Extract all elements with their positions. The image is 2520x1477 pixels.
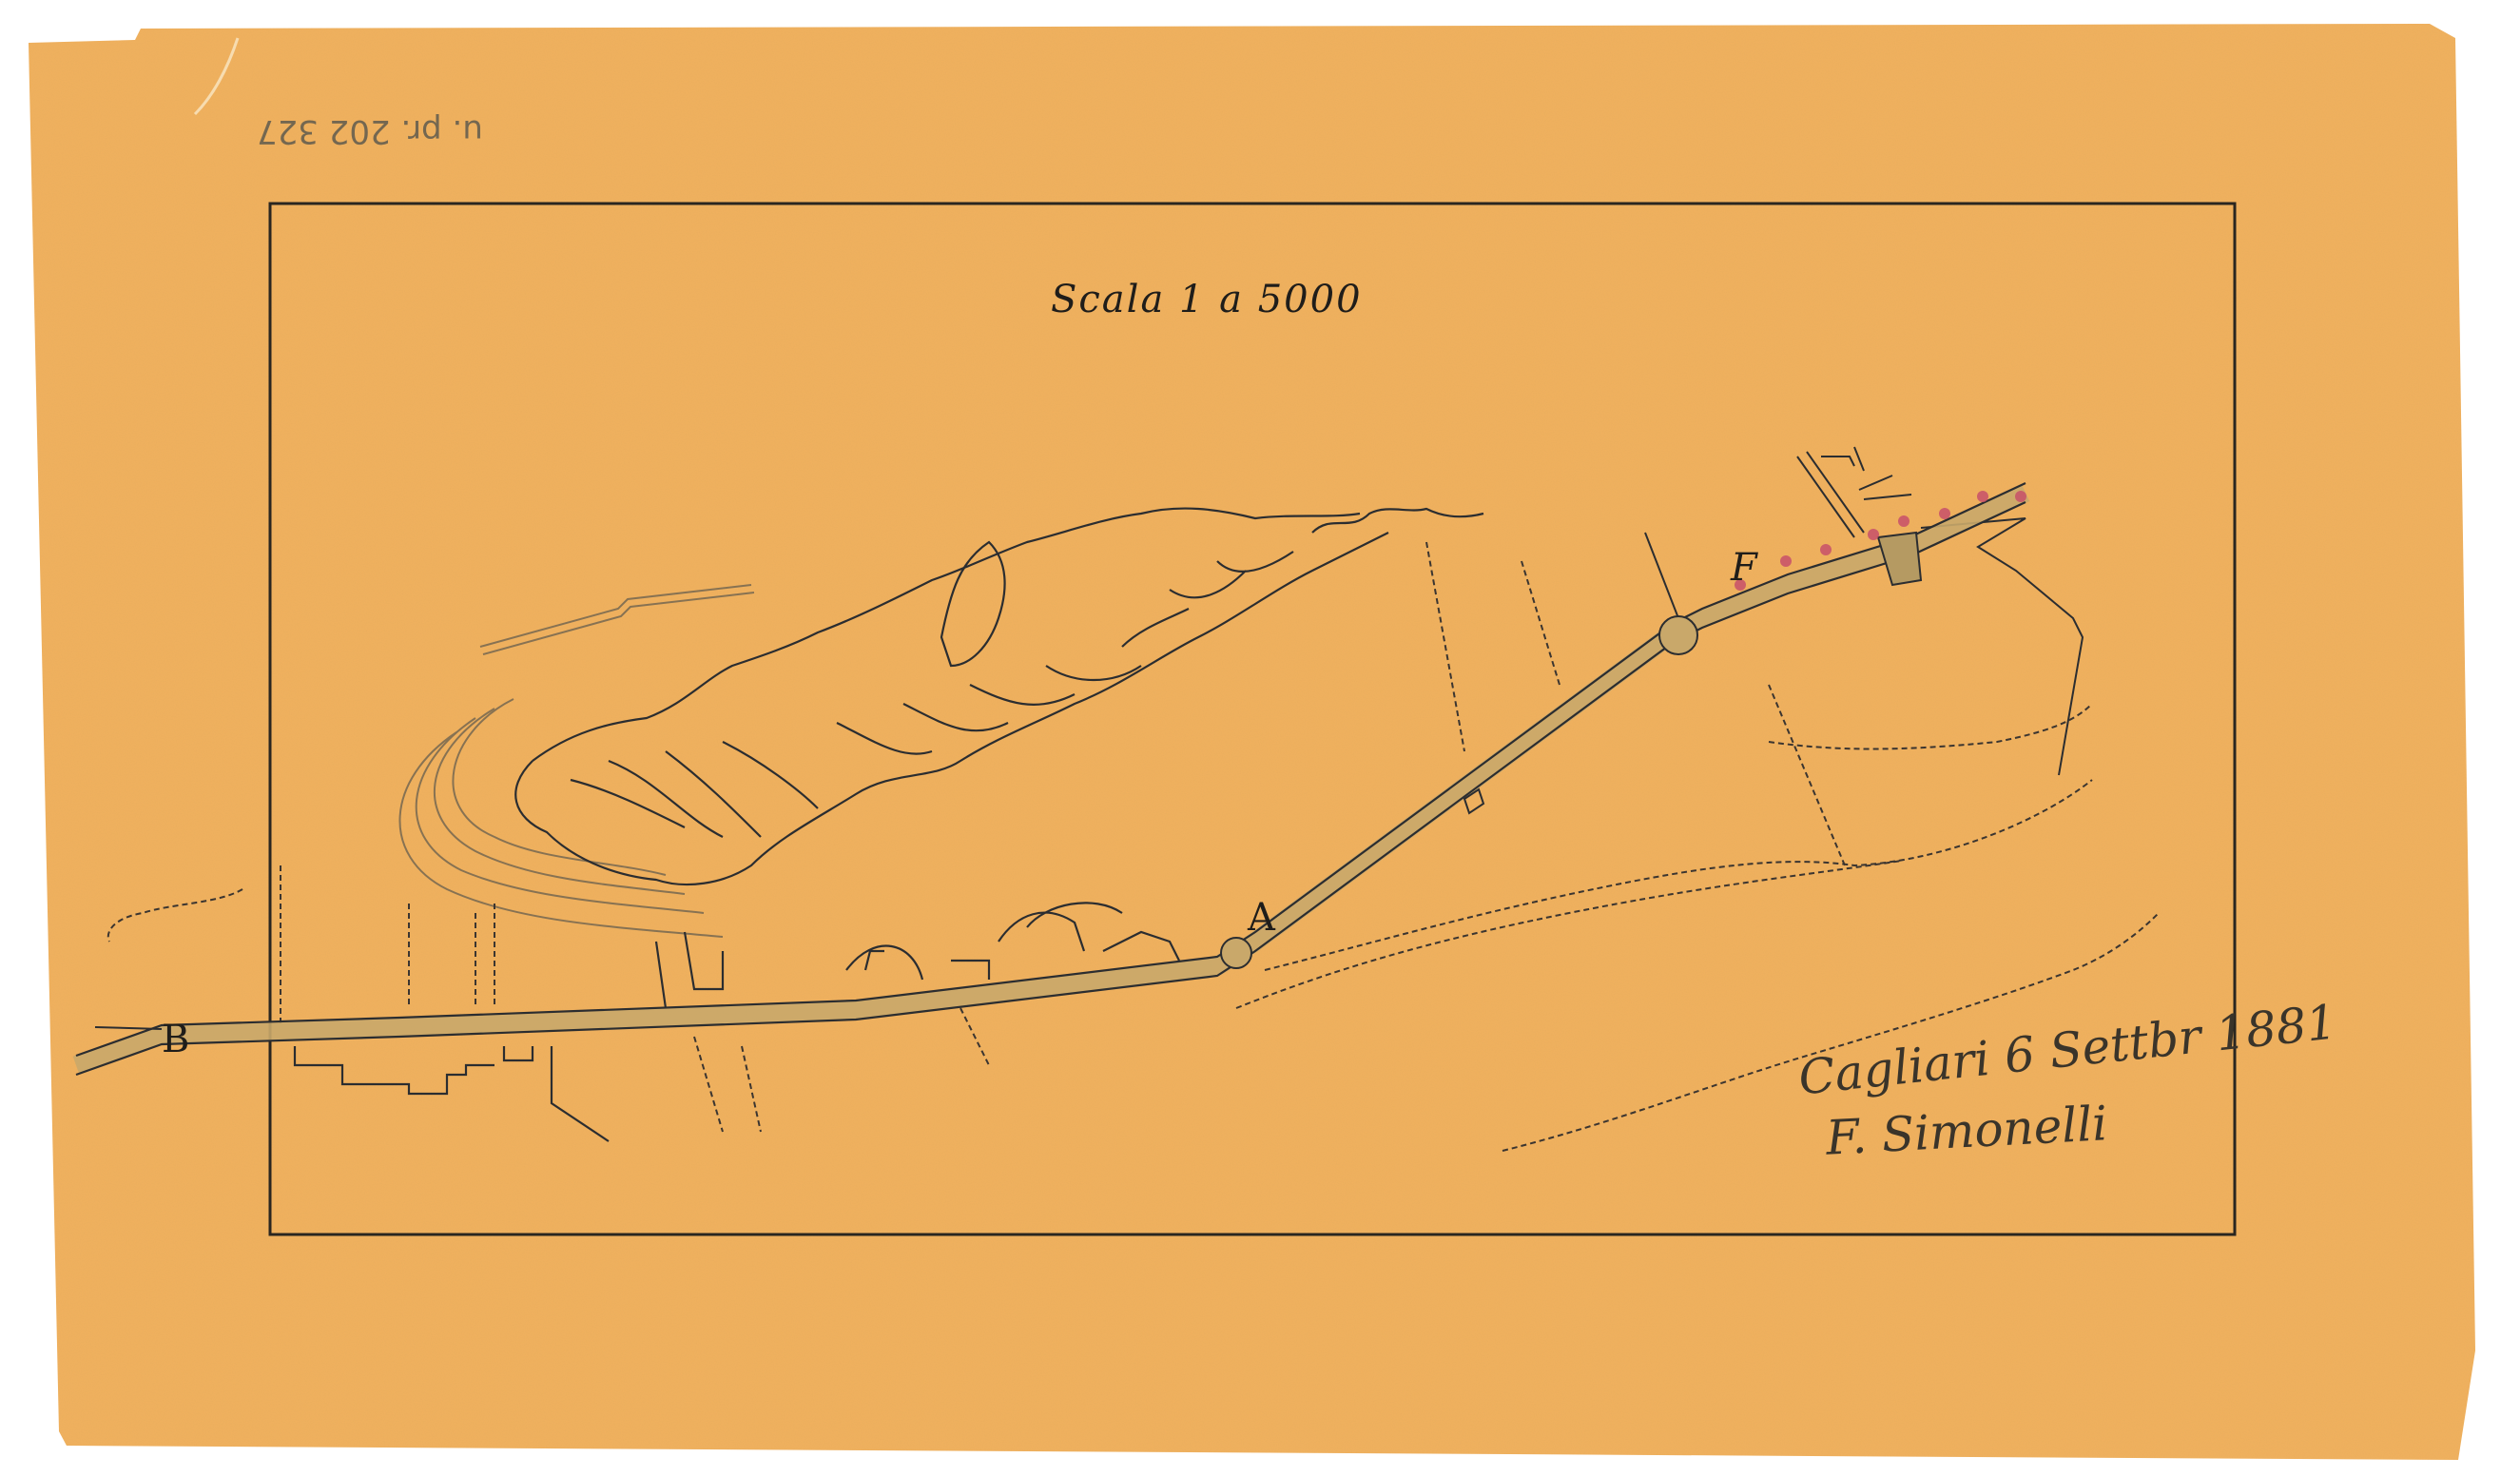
map-sheet: B A F (0, 0, 2520, 1477)
point-label-f: F (1730, 546, 1758, 590)
point-label-a: A (1247, 896, 1276, 940)
paper-grain (29, 24, 2475, 1460)
pencil-inventory-note: u. pr. 202 327 (257, 112, 483, 150)
point-label-b: B (162, 1018, 189, 1061)
junction-circle-A (1221, 938, 1251, 968)
junction-circle-F (1659, 616, 1697, 654)
scale-title: Scala 1 a 5000 (1051, 278, 1363, 321)
